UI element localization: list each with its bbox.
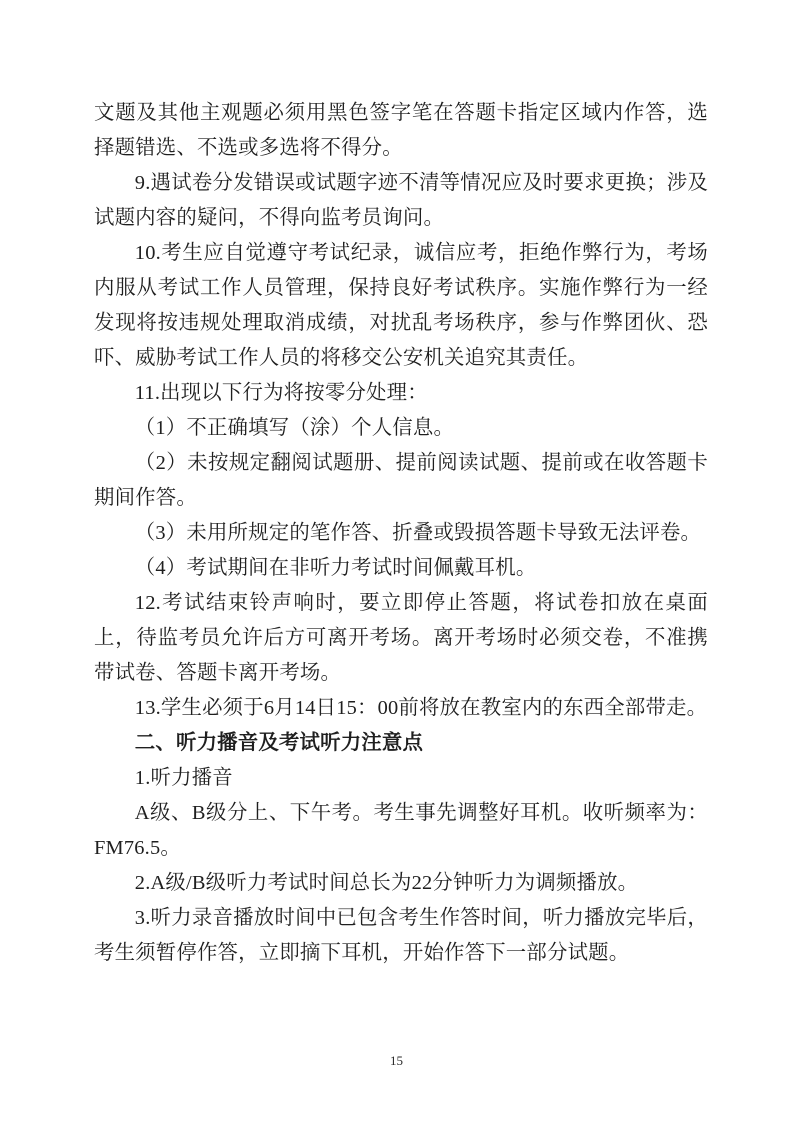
paragraph: （4）考试期间在非听力考试时间佩戴耳机。 <box>94 551 708 586</box>
paragraph: 10.考生应自觉遵守考试纪录，诚信应考，拒绝作弊行为，考场内服从考试工作人员管理… <box>94 236 708 376</box>
paragraph: 2.A级/B级听力考试时间总长为22分钟听力为调频播放。 <box>94 866 708 901</box>
paragraph: 13.学生必须于6月14日15：00前将放在教室内的东西全部带走。 <box>94 691 708 726</box>
paragraph: （3）未用所规定的笔作答、折叠或毁损答题卡导致无法评卷。 <box>94 516 708 551</box>
paragraph: 3.听力录音播放时间中已包含考生作答时间，听力播放完毕后，考生须暂停作答，立即摘… <box>94 901 708 971</box>
paragraph: （1）不正确填写（涂）个人信息。 <box>94 411 708 446</box>
document-page: 文题及其他主观题必须用黑色签字笔在答题卡指定区域内作答，选择题错选、不选或多选将… <box>0 0 793 1122</box>
paragraph: 1.听力播音 <box>94 761 708 796</box>
paragraph: 文题及其他主观题必须用黑色签字笔在答题卡指定区域内作答，选择题错选、不选或多选将… <box>94 96 708 166</box>
document-body: 文题及其他主观题必须用黑色签字笔在答题卡指定区域内作答，选择题错选、不选或多选将… <box>94 96 708 971</box>
paragraph: 12.考试结束铃声响时，要立即停止答题，将试卷扣放在桌面上，待监考员允许后方可离… <box>94 586 708 691</box>
page-number: 15 <box>0 1052 793 1070</box>
paragraph: A级、B级分上、下午考。考生事先调整好耳机。收听频率为：FM76.5。 <box>94 796 708 866</box>
paragraph: 11.出现以下行为将按零分处理： <box>94 376 708 411</box>
paragraph: （2）未按规定翻阅试题册、提前阅读试题、提前或在收答题卡期间作答。 <box>94 446 708 516</box>
section-heading: 二、听力播音及考试听力注意点 <box>94 726 708 761</box>
paragraph: 9.遇试卷分发错误或试题字迹不清等情况应及时要求更换；涉及试题内容的疑问，不得向… <box>94 166 708 236</box>
